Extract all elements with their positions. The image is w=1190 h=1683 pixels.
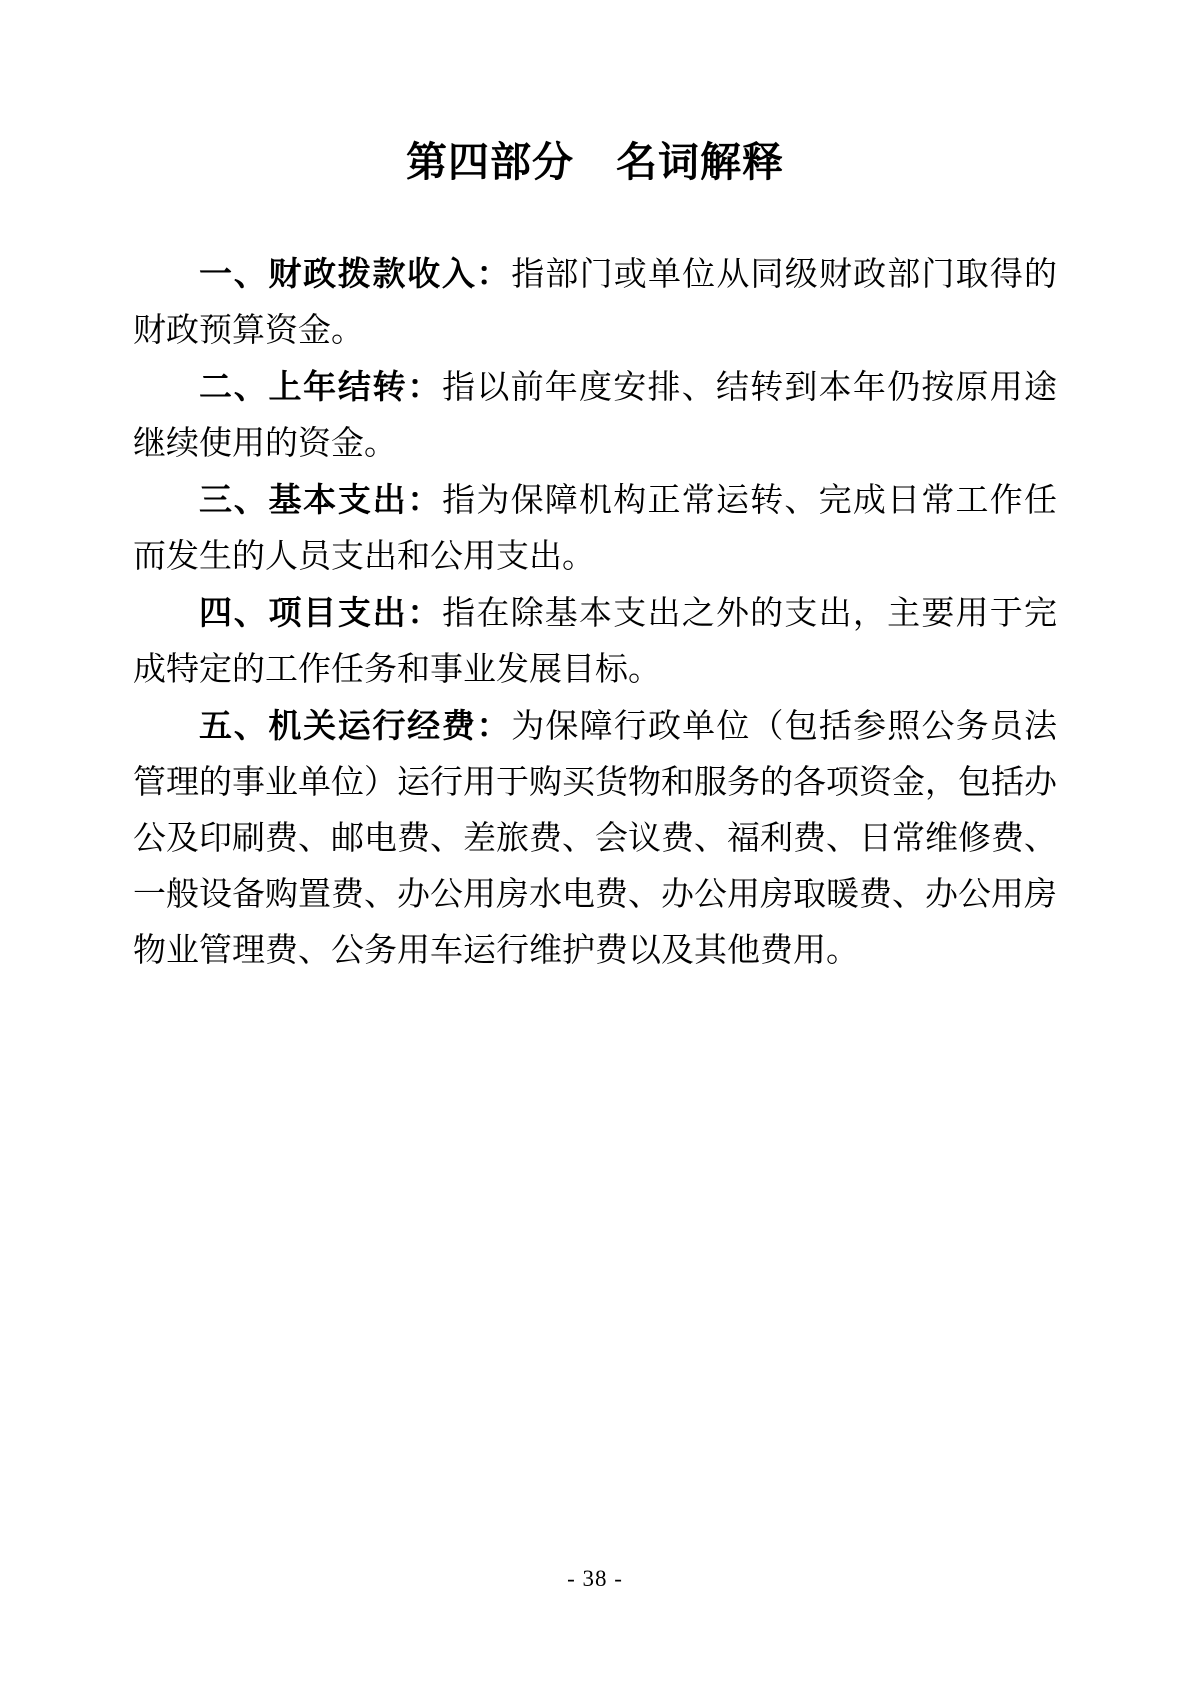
- definition-paragraph: 四、项目支出：指在除基本支出之外的支出，主要用于完成特定的工作任务和事业发展目标…: [133, 585, 1057, 698]
- term-label: 四、项目支出：: [199, 594, 442, 631]
- definition-paragraph: 五、机关运行经费：为保障行政单位（包括参照公务员法管理的事业单位）运行用于购买货…: [133, 698, 1057, 979]
- term-label: 五、机关运行经费：: [199, 707, 511, 744]
- page-title: 第四部分 名词解释: [0, 138, 1190, 187]
- document-page: 第四部分 名词解释 一、财政拨款收入：指部门或单位从同级财政部门取得的财政预算资…: [0, 0, 1190, 1683]
- definition-paragraph: 二、上年结转：指以前年度安排、结转到本年仍按原用途继续使用的资金。: [133, 359, 1057, 472]
- term-label: 二、上年结转：: [199, 368, 442, 405]
- definition-paragraph: 一、财政拨款收入：指部门或单位从同级财政部门取得的财政预算资金。: [133, 246, 1057, 359]
- definition-paragraph: 三、基本支出：指为保障机构正常运转、完成日常工作任而发生的人员支出和公用支出。: [133, 472, 1057, 585]
- term-definition: 为保障行政单位（包括参照公务员法管理的事业单位）运行用于购买货物和服务的各项资金…: [133, 709, 1057, 969]
- term-label: 三、基本支出：: [199, 481, 442, 518]
- term-label: 一、财政拨款收入：: [199, 255, 511, 292]
- page-footer: - 38 -: [0, 1566, 1190, 1592]
- document-body: 一、财政拨款收入：指部门或单位从同级财政部门取得的财政预算资金。 二、上年结转：…: [133, 246, 1057, 979]
- page-number: - 38 -: [567, 1566, 623, 1591]
